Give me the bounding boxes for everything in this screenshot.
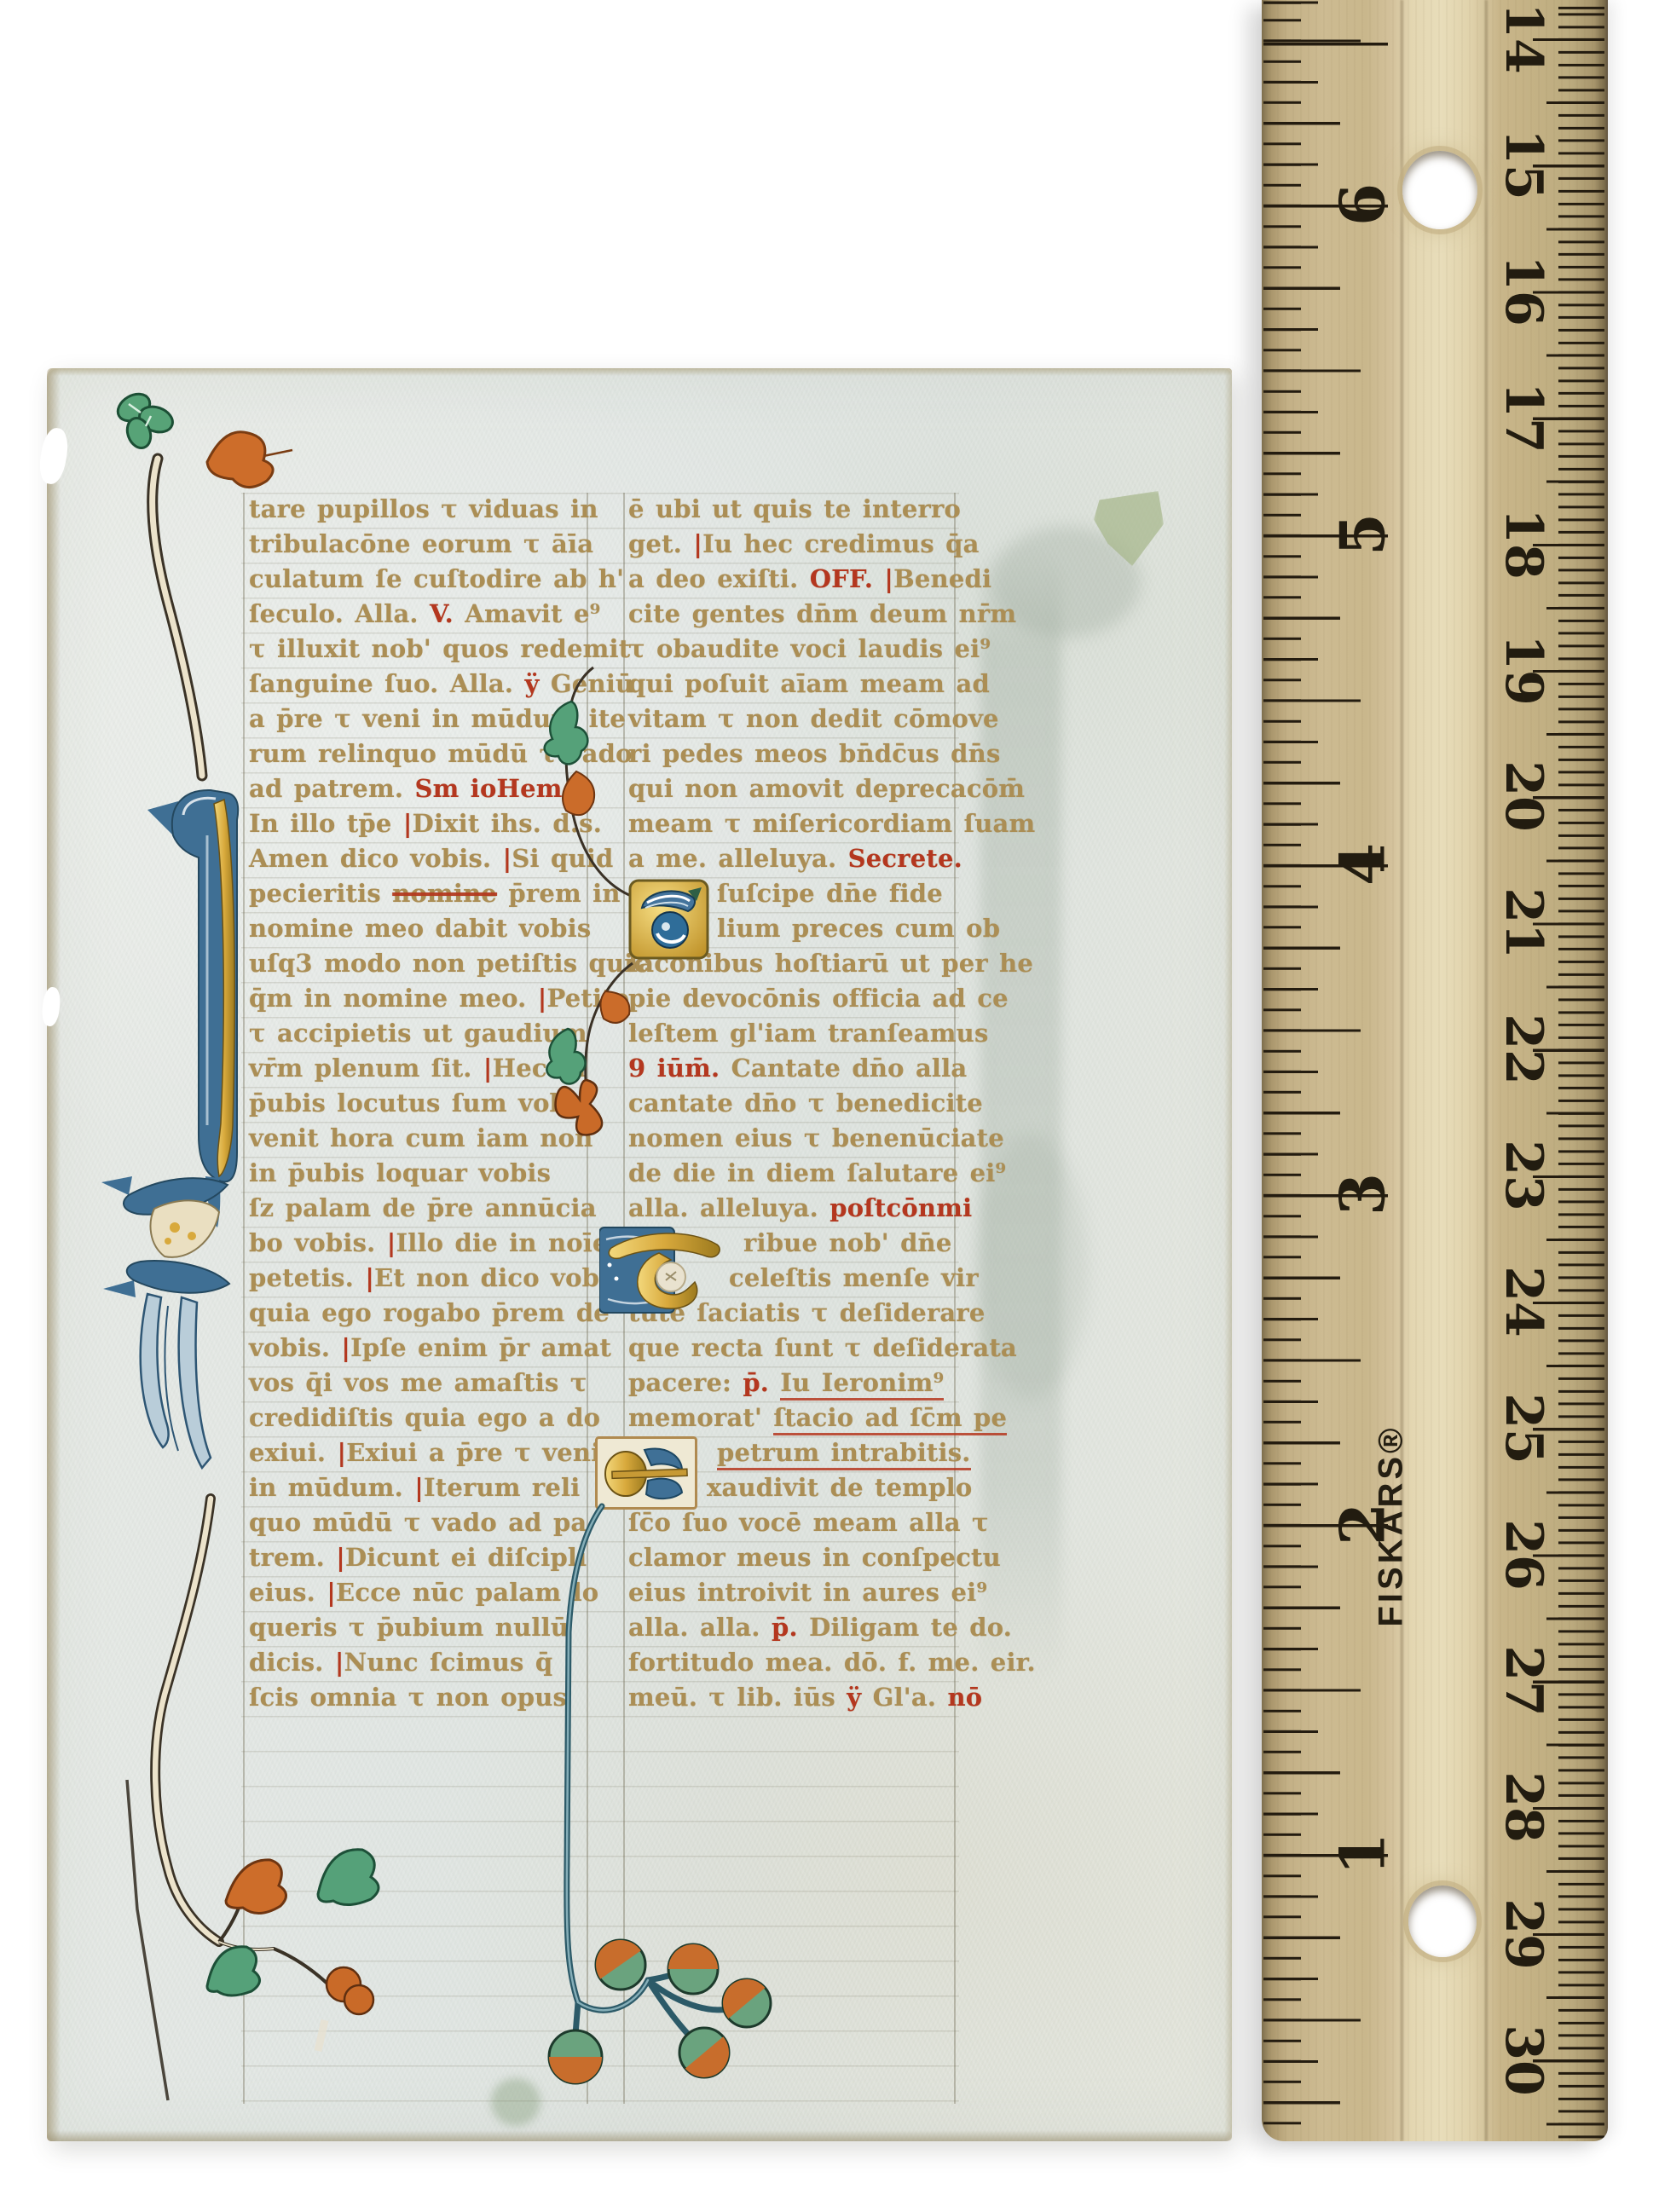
illuminated-initial-t	[599, 1222, 723, 1318]
orange-ivy-leaf-icon	[207, 432, 273, 488]
green-ivy-leaf-icon	[318, 1850, 379, 1905]
text-line: qui non amovit deprecacōm̄	[628, 774, 962, 809]
verso-showthrough-leaf	[1094, 491, 1164, 566]
text-line: 9 iūm̄. Cantate dn̄o alla	[628, 1054, 962, 1089]
ruler-number: 6	[1327, 183, 1399, 226]
text-line: qui poſuit aīam meam ad	[628, 669, 962, 704]
text-line: vitam τ non dedit cōmove	[628, 704, 962, 739]
text-line: leſtem gl'iam tranſeamus	[628, 1019, 962, 1054]
ruler-number: 19	[1494, 634, 1553, 706]
green-trefoil-leaf-icon	[113, 389, 176, 451]
ruler-groove-line	[1401, 0, 1403, 2141]
ruler-brand-label: FISKARS®	[1373, 1424, 1411, 1626]
text-line: de die in diem ſalutare ei⁹	[628, 1158, 962, 1193]
ruler-number: 30	[1494, 2024, 1553, 2096]
orange-ivy-leaf-icon	[226, 1860, 286, 1914]
green-leaf-icon	[545, 702, 588, 764]
ruler-number: 27	[1494, 1645, 1553, 1717]
ruler-number: 22	[1494, 1014, 1553, 1085]
leaf-edge-bottom	[47, 2130, 1232, 2141]
ruler-number: 18	[1494, 508, 1553, 580]
orange-flower-icon	[556, 1080, 603, 1135]
manuscript-leaf: tare pupillos τ viduas intribulacōne eor…	[47, 368, 1232, 2141]
text-line: a deo exiſti. OFF. |Benedi	[628, 564, 962, 599]
ruler-number: 21	[1494, 887, 1553, 959]
ruler-hole-top	[1402, 151, 1477, 229]
ruler-number: 15	[1494, 129, 1553, 200]
ruler-number: 29	[1494, 1898, 1553, 1970]
text-line: pie devocōnis officia ad ce	[628, 984, 962, 1019]
green-leaf-icon	[546, 1029, 585, 1084]
wooden-ruler: 654321 141516171819202122232425262728293…	[1262, 0, 1608, 2141]
text-line: que recta ſunt τ deſiderata	[628, 1333, 962, 1368]
text-line: pacere: p̄. Iu Ieronim⁹	[628, 1368, 962, 1403]
text-line: ri pedes meos bn̄dc̄us dn̄s	[628, 739, 962, 774]
ruler-hole-bottom	[1408, 1886, 1477, 1957]
berry-vine-decoration	[529, 1496, 818, 2105]
gutter-vine-decoration	[537, 635, 635, 1146]
text-line: nomen eius τ benenūciate	[628, 1123, 962, 1158]
text-line: cantate dn̄o τ benedicite	[628, 1089, 962, 1123]
text-line: a me. alleluya. Secrete.	[628, 844, 962, 879]
ruler-number: 14	[1494, 3, 1553, 74]
leaf-deckled-edge-left	[47, 368, 61, 2141]
ruler-number: 4	[1327, 843, 1399, 886]
ruler-number: 23	[1494, 1140, 1553, 1211]
leaf-edge-right	[1224, 368, 1232, 2141]
text-line: ē ubi ut quis te interro	[628, 494, 962, 529]
ruler-number: 16	[1494, 255, 1553, 326]
text-line: meam τ miſericordiam ſuam	[628, 809, 962, 844]
berries-icon	[549, 1931, 771, 2088]
ruler-number: 25	[1494, 1393, 1553, 1464]
ruler-number: 5	[1327, 513, 1399, 556]
text-line: cite gentes dn̄m deum nr̄m	[628, 599, 962, 634]
ruler-groove-line	[1485, 0, 1488, 2141]
ruler-number: 24	[1494, 1266, 1553, 1337]
ruler-number: 1	[1327, 1833, 1399, 1875]
ruler-number: 3	[1327, 1173, 1399, 1216]
ruler-number: 17	[1494, 382, 1553, 453]
ruler-number: 20	[1494, 760, 1553, 832]
ruler-number: 26	[1494, 1519, 1553, 1591]
text-line: get. |Iu hec credimus q̄a	[628, 529, 962, 564]
text-line: τ obaudite voci laudis ei⁹	[628, 634, 962, 669]
ruler-number: 28	[1494, 1771, 1553, 1843]
orange-bud-icon	[318, 1967, 373, 2051]
illuminated-initial-s	[628, 879, 709, 960]
text-line: memorat' ſtacio ad ſc̄m pe	[628, 1403, 962, 1438]
green-ivy-leaf-icon	[207, 1947, 260, 1995]
orange-leaf-icon	[600, 991, 629, 1023]
photo-of-manuscript-and-ruler: tare pupillos τ viduas intribulacōne eor…	[0, 0, 1659, 2212]
left-border-illumination	[72, 375, 409, 2114]
